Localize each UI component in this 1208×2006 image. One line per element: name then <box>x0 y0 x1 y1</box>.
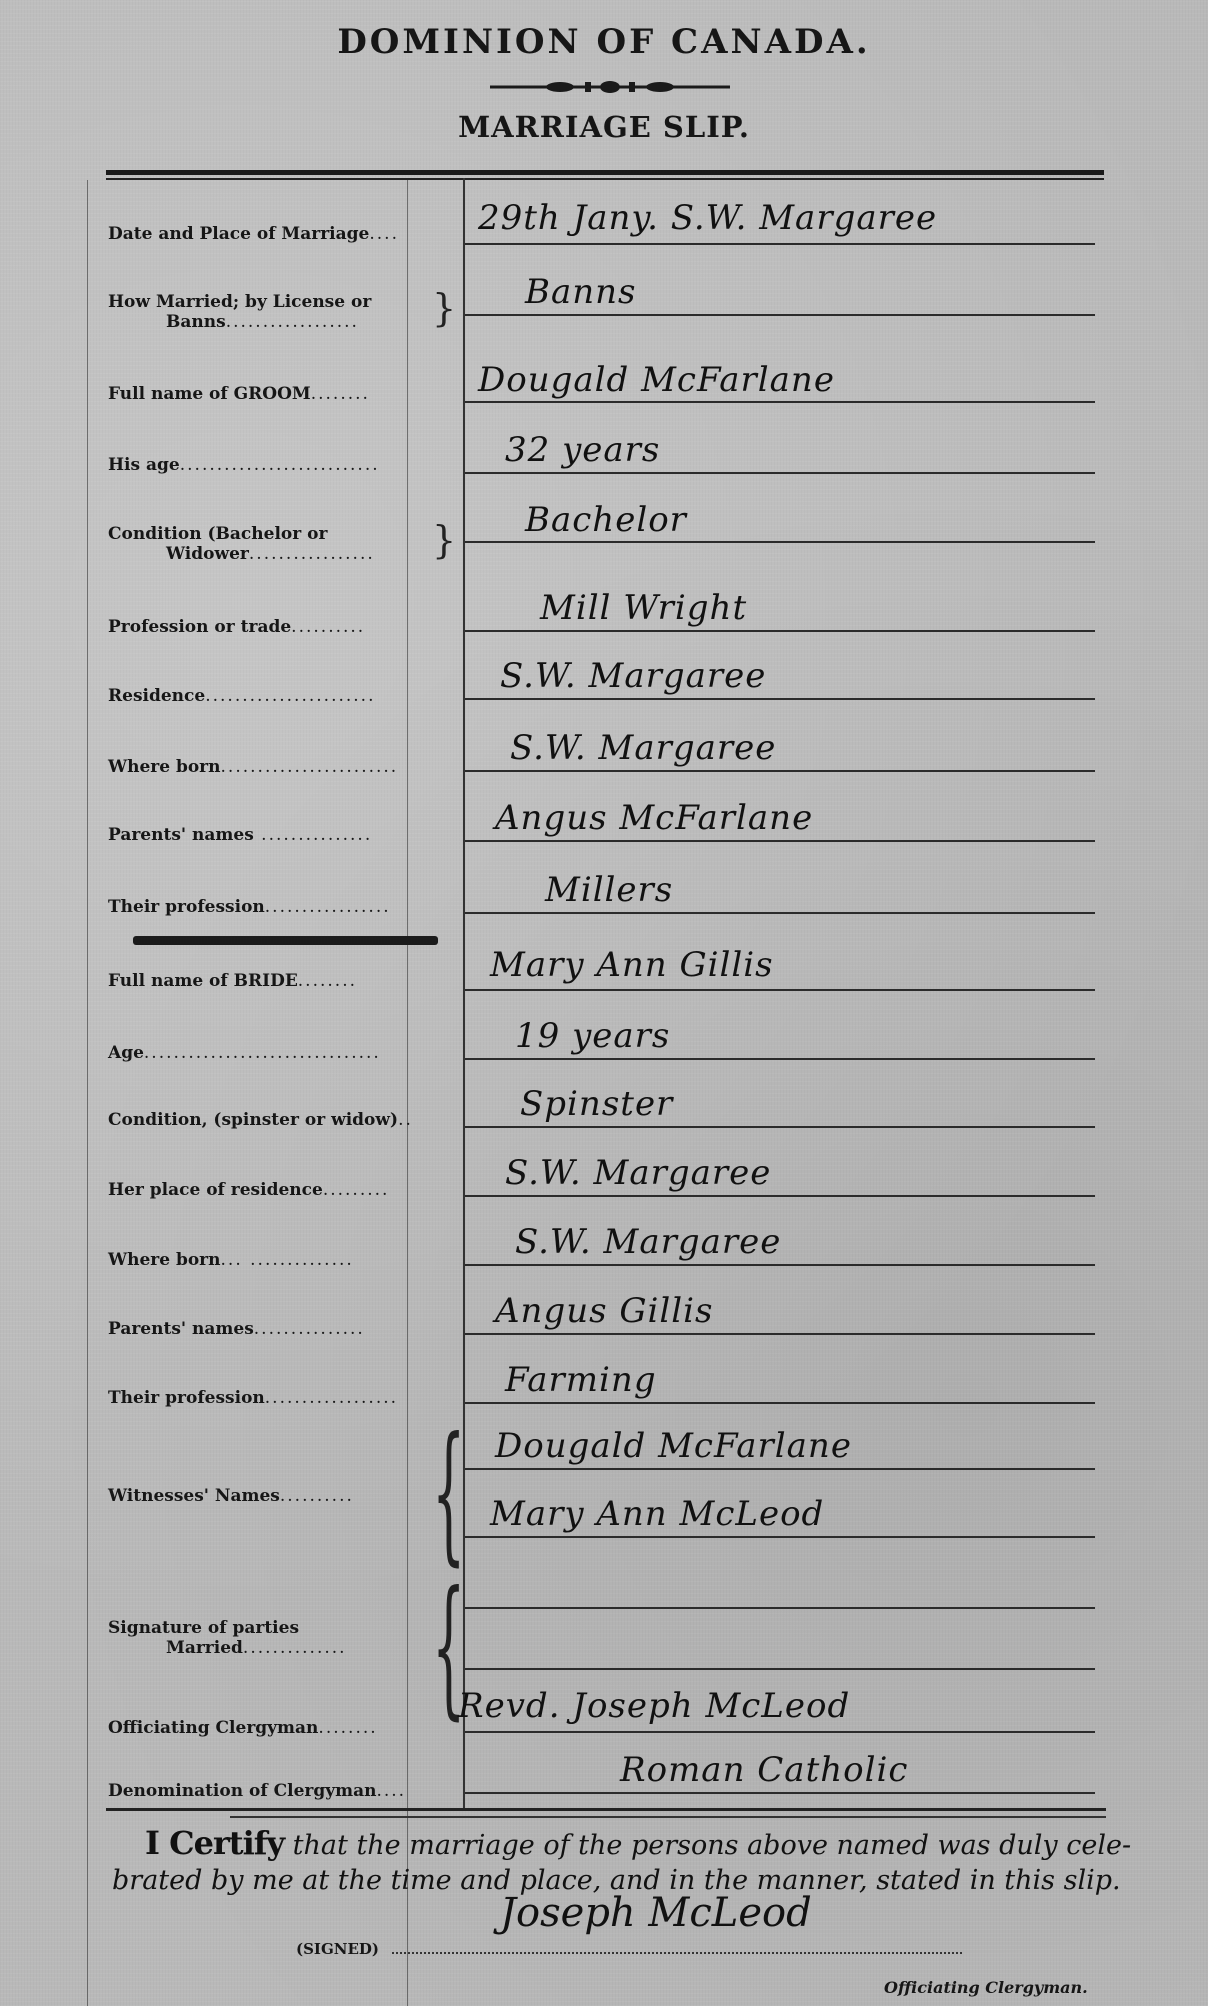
label-bride-residence: Her place of residence......... <box>108 1180 458 1200</box>
answer-line <box>465 1126 1095 1128</box>
footer-rule <box>106 1808 1106 1811</box>
answer-line <box>465 1731 1095 1733</box>
ornament-icon <box>490 80 730 94</box>
document-subtitle: MARRIAGE SLIP. <box>0 110 1208 144</box>
answer-bride-where-born: S.W. Margaree <box>515 1222 781 1262</box>
answer-groom-where-born: S.W. Margaree <box>510 728 776 768</box>
brace-icon: } <box>432 286 456 330</box>
answer-bride-name: Mary Ann Gillis <box>490 945 774 985</box>
answer-groom-parents-profession: Millers <box>545 870 673 910</box>
answer-denomination: Roman Catholic <box>620 1750 908 1790</box>
answer-profession: Mill Wright <box>540 588 747 628</box>
answer-groom-name: Dougald McFarlane <box>478 360 835 400</box>
signed-label: (SIGNED) <box>296 1940 379 1958</box>
label-bride-name: Full name of BRIDE........ <box>108 971 458 991</box>
answer-bride-parents: Angus Gillis <box>495 1291 713 1331</box>
header-rule <box>106 170 1104 175</box>
answer-line <box>465 989 1095 991</box>
answer-groom-parents: Angus McFarlane <box>495 798 813 838</box>
answer-line <box>465 698 1095 700</box>
label-groom-where-born: Where born........................ <box>108 757 458 777</box>
label-bride-where-born: Where born... .............. <box>108 1250 458 1270</box>
section-divider-bar <box>133 936 438 945</box>
answer-line <box>465 401 1095 403</box>
answer-his-age: 32 years <box>505 430 660 470</box>
certification-line-1: I Certify that the marriage of the perso… <box>145 1824 1155 1865</box>
answer-line <box>465 912 1095 914</box>
signature-line-2 <box>465 1668 1095 1670</box>
answer-how-married: Banns <box>525 272 637 312</box>
answer-line <box>465 840 1095 842</box>
label-how-married: How Married; by License orBanns.........… <box>108 292 458 332</box>
label-groom-condition: Condition (Bachelor orWidower...........… <box>108 524 458 564</box>
answer-residence: S.W. Margaree <box>500 656 766 696</box>
answer-line <box>465 1195 1095 1197</box>
label-officiating-clergyman: Officiating Clergyman........ <box>108 1718 458 1738</box>
answer-groom-condition: Bachelor <box>525 500 687 540</box>
signature-dotted-line <box>392 1952 962 1954</box>
label-witnesses: Witnesses' Names.......... <box>108 1486 458 1506</box>
answer-line <box>465 243 1095 245</box>
answer-line <box>465 1468 1095 1470</box>
label-bride-age: Age................................ <box>108 1043 458 1063</box>
label-groom-parents-profession: Their profession................. <box>108 897 458 917</box>
answer-officiating-clergyman: Revd. Joseph McLeod <box>458 1686 850 1726</box>
label-residence: Residence....................... <box>108 686 458 706</box>
answer-bride-residence: S.W. Margaree <box>505 1153 771 1193</box>
answer-line <box>465 1402 1095 1404</box>
answer-line <box>465 770 1095 772</box>
answer-bride-age: 19 years <box>515 1016 670 1056</box>
label-denomination: Denomination of Clergyman.... <box>108 1781 458 1801</box>
answer-date-place: 29th Jany. S.W. Margaree <box>478 198 937 238</box>
witness-1-name: Dougald McFarlane <box>495 1426 852 1466</box>
witness-2-name: Mary Ann McLeod <box>490 1494 824 1534</box>
brace-icon: { <box>432 1418 465 1568</box>
answer-line <box>465 314 1095 316</box>
answer-bride-parents-profession: Farming <box>505 1360 657 1400</box>
answer-line <box>465 472 1095 474</box>
label-signature-parties: Signature of partiesMarried.............… <box>108 1618 458 1658</box>
answer-line <box>465 1333 1095 1335</box>
answer-line <box>465 1792 1095 1794</box>
left-border-line <box>87 180 88 2006</box>
document-title: DOMINION OF CANADA. <box>0 22 1208 62</box>
label-profession: Profession or trade.......... <box>108 617 458 637</box>
answer-line <box>465 1058 1095 1060</box>
label-bride-parents-profession: Their profession.................. <box>108 1388 458 1408</box>
answer-line <box>465 1536 1095 1538</box>
label-date-place: Date and Place of Marriage.... <box>108 224 458 244</box>
label-bride-parents: Parents' names............... <box>108 1319 458 1339</box>
clergyman-signature: Joseph McLeod <box>500 1890 812 1936</box>
answer-line <box>465 541 1095 543</box>
answer-line <box>465 1264 1095 1266</box>
label-bride-condition: Condition, (spinster or widow).. <box>108 1110 458 1130</box>
header-rule-thin <box>106 178 1104 180</box>
footer-rule-thin <box>230 1816 1106 1818</box>
signer-title: Officiating Clergyman. <box>884 1978 1088 1997</box>
brace-icon: } <box>432 518 456 562</box>
answer-line <box>465 630 1095 632</box>
certify-lead: I Certify <box>145 1824 284 1862</box>
label-groom-name: Full name of GROOM........ <box>108 384 458 404</box>
answer-bride-condition: Spinster <box>520 1084 673 1124</box>
label-his-age: His age........................... <box>108 455 458 475</box>
signature-line-1 <box>465 1607 1095 1609</box>
label-groom-parents: Parents' names ............... <box>108 825 458 845</box>
